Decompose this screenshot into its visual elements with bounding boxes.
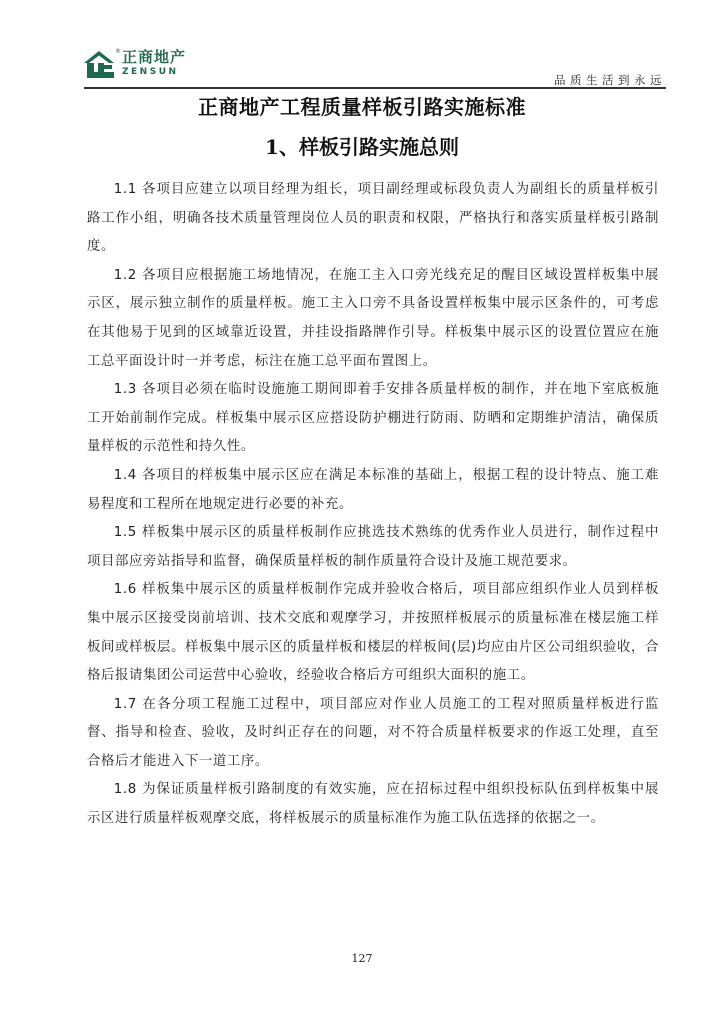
document-title: 正商地产工程质量样板引路实施标准 <box>0 91 724 120</box>
paragraph-1-3: 1.3 各项目必须在临时设施施工期间即着手安排各质量样板的制作，并在地下室底板施… <box>87 376 659 462</box>
paragraph-1-4: 1.4 各项目的样板集中展示区应在满足本标准的基础上，根据工程的设计特点、施工难… <box>87 462 659 519</box>
company-logo: ® 正商地产 ZENSUN <box>84 50 186 80</box>
paragraph-1-2: 1.2 各项目应根据施工场地情况，在施工主入口旁光线充足的醒目区域设置样板集中展… <box>87 262 659 376</box>
page-number: 127 <box>0 952 724 965</box>
document-body: 1.1 各项目应建立以项目经理为组长，项目副经理或标段负责人为副组长的质量样板引… <box>87 176 659 834</box>
page-header: ® 正商地产 ZENSUN 品质生活到永远 <box>84 48 666 88</box>
paragraph-1-7: 1.7 在各分项工程施工过程中，项目部应对作业人员施工的工程对照质量样板进行监督… <box>87 691 659 777</box>
paragraph-1-8: 1.8 为保证质量样板引路制度的有效实施，应在招标过程中组织投标队伍到样板集中展… <box>87 776 659 833</box>
logo-name-en: ZENSUN <box>122 68 186 77</box>
registered-mark: ® <box>115 48 121 55</box>
header-divider <box>84 87 666 89</box>
header-slogan: 品质生活到永远 <box>554 72 666 88</box>
paragraph-1-5: 1.5 样板集中展示区的质量样板制作应挑选技术熟练的优秀作业人员进行，制作过程中… <box>87 519 659 576</box>
paragraph-1-6: 1.6 样板集中展示区的质量样板制作完成并验收合格后，项目部应组织作业人员到样板… <box>87 576 659 690</box>
document-page: ® 正商地产 ZENSUN 品质生活到永远 正商地产工程质量样板引路实施标准 1… <box>0 0 724 1024</box>
logo-name-cn: 正商地产 <box>122 50 186 65</box>
section-heading: 1、样板引路实施总则 <box>0 131 724 160</box>
house-logo-icon: ® <box>84 50 118 80</box>
logo-text: 正商地产 ZENSUN <box>122 50 186 77</box>
paragraph-1-1: 1.1 各项目应建立以项目经理为组长，项目副经理或标段负责人为副组长的质量样板引… <box>87 176 659 262</box>
